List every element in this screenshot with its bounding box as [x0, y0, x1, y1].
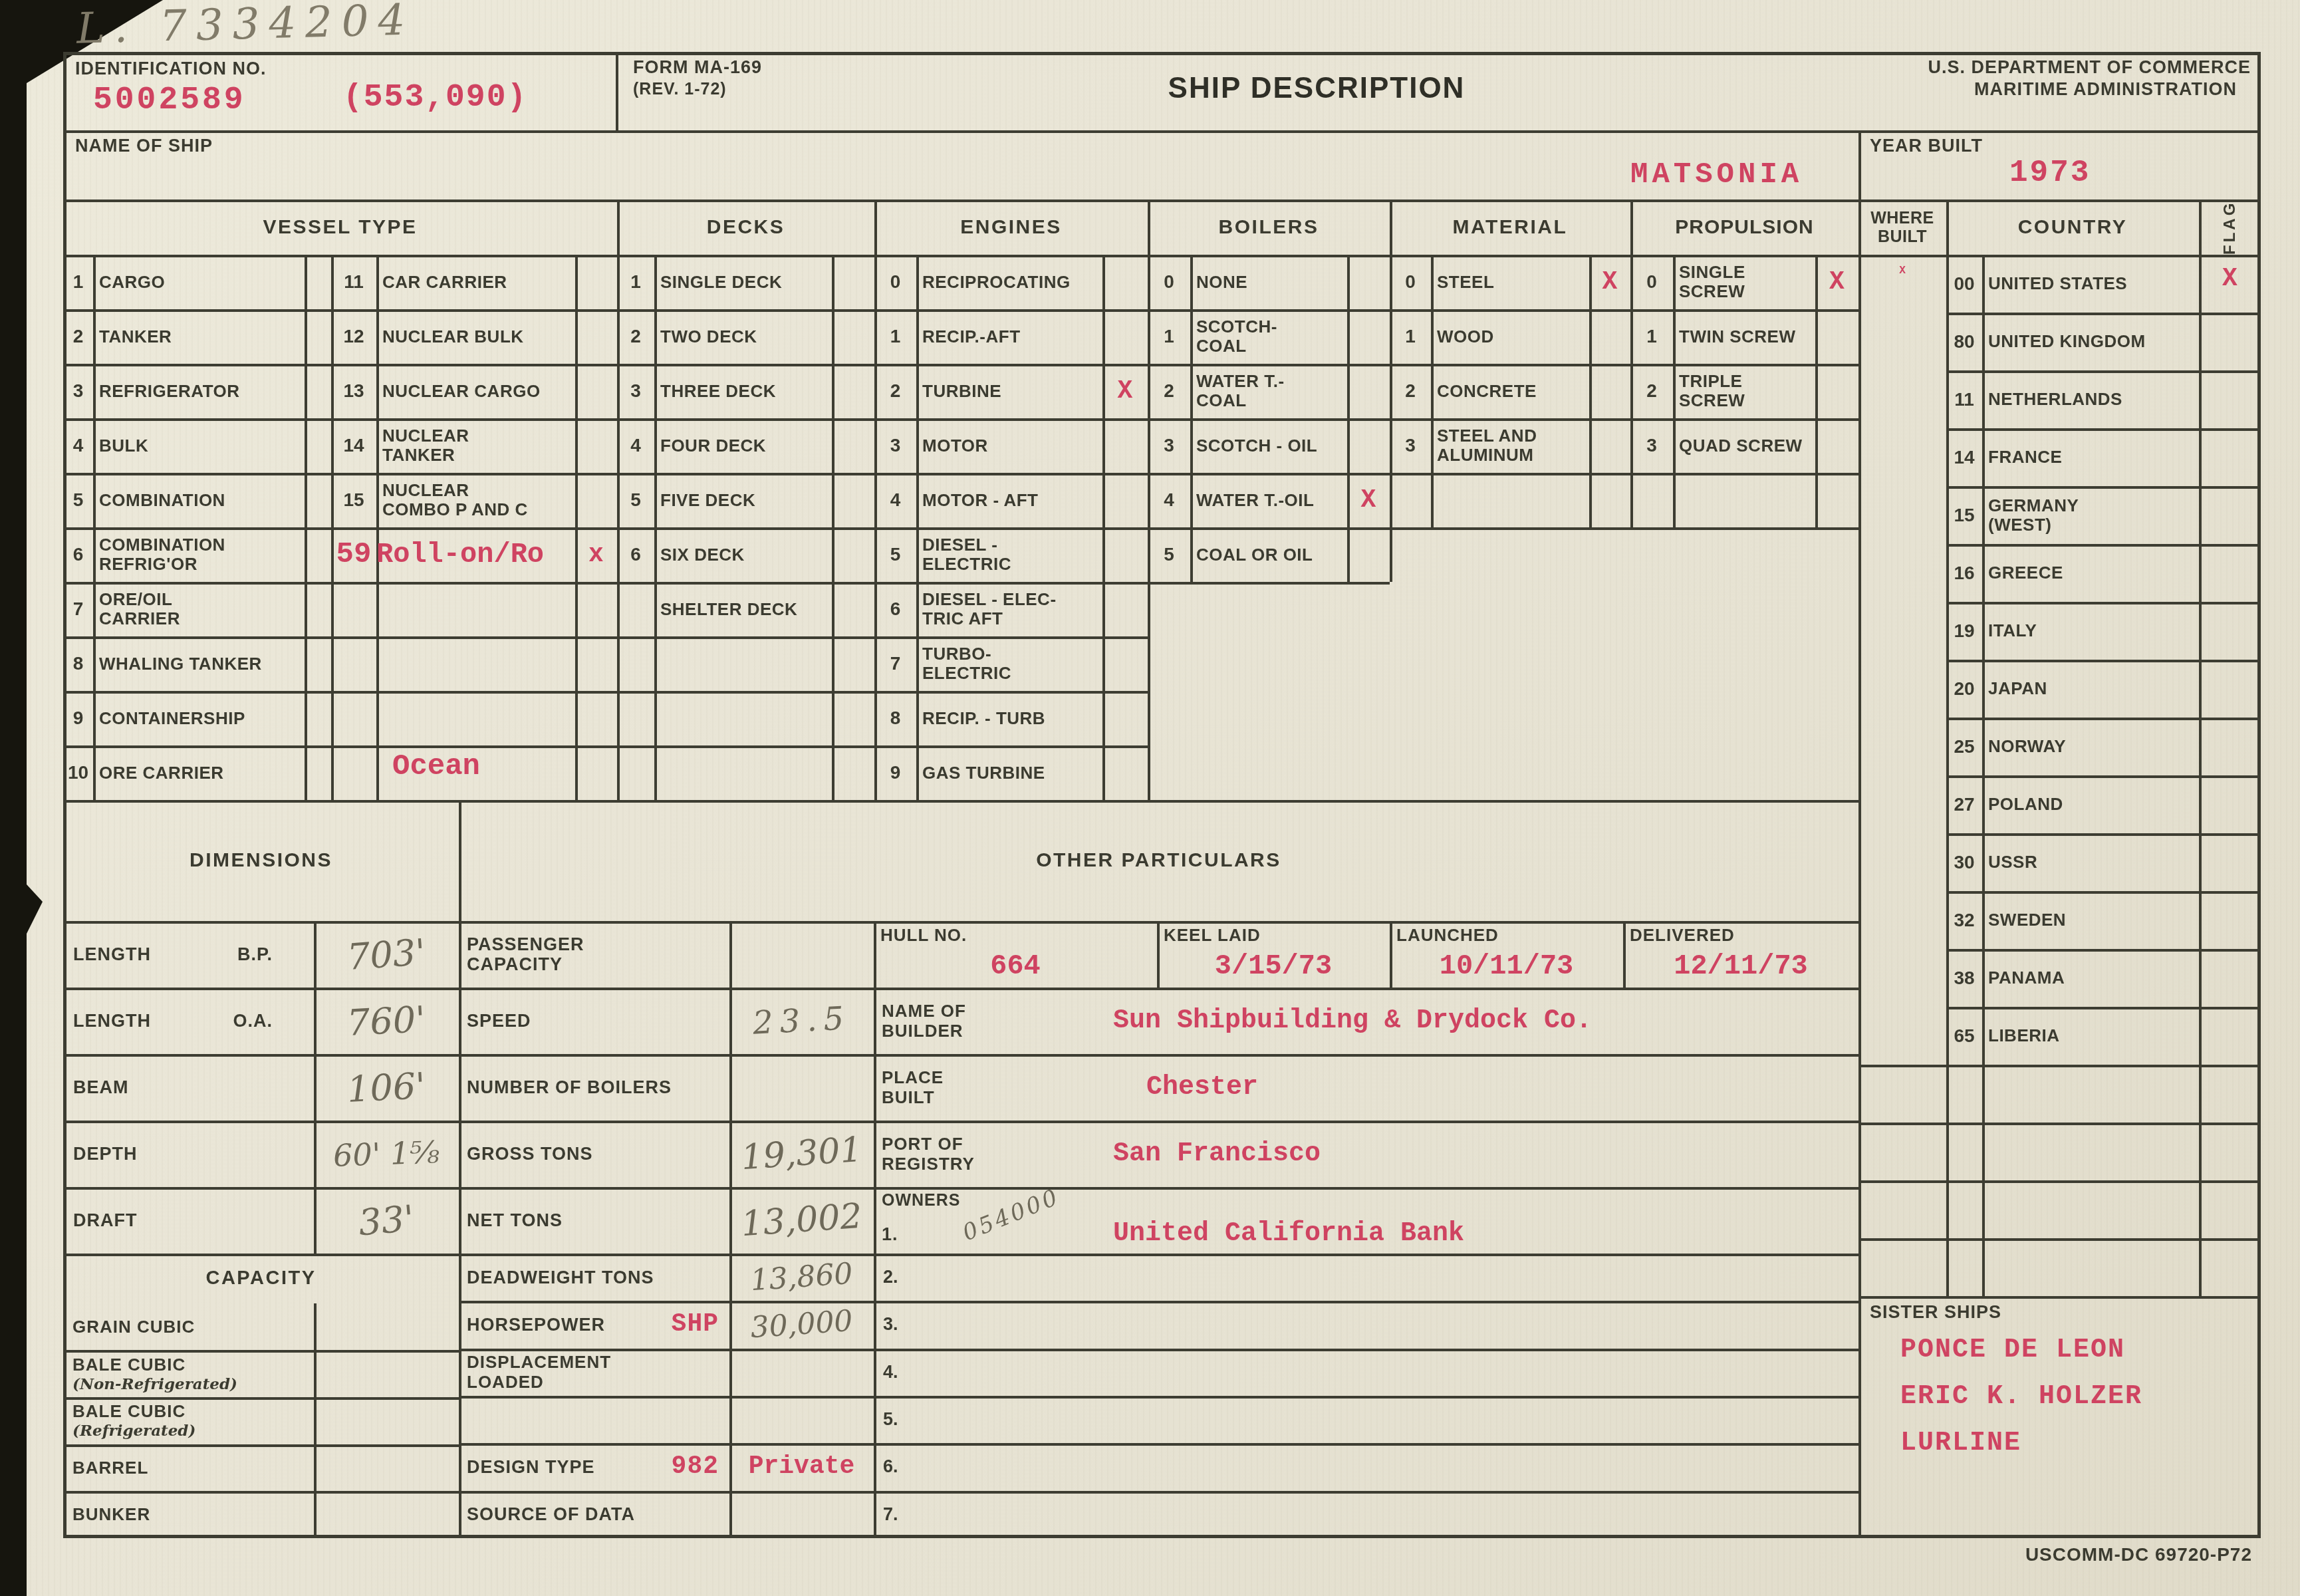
- table-row: 5DIESEL - ELECTRIC: [874, 527, 1148, 582]
- code-cell: 3: [1148, 435, 1190, 456]
- dimension-value: 760': [313, 996, 460, 1045]
- particular-value: Private: [729, 1452, 874, 1481]
- label-cell: TRIPLE SCREW: [1673, 372, 1815, 410]
- table-row: 9GAS TURBINE: [874, 745, 1148, 800]
- label-cell: STEEL AND ALUMINUM: [1431, 426, 1589, 465]
- label-cell: SINGLE SCREW: [1673, 263, 1815, 301]
- decks-header: DECKS: [617, 199, 874, 255]
- selected-mark: X: [1815, 268, 1858, 297]
- table-row: 0STEELX: [1390, 255, 1630, 309]
- table-row: BEAM106': [63, 1054, 459, 1121]
- table-row: 13NUCLEAR CARGO: [331, 364, 617, 418]
- code-cell: 4: [874, 489, 916, 511]
- code-cell: 5: [617, 489, 654, 511]
- label-cell: COMBINATION: [93, 491, 305, 510]
- table-row: SPEED23.5: [459, 988, 874, 1054]
- label-cell: NUCLEAR CARGO: [376, 382, 575, 401]
- label-cell: MOTOR - AFT: [916, 491, 1102, 510]
- label-cell: COAL OR OIL: [1190, 545, 1347, 565]
- label-cell: TWO DECK: [654, 327, 832, 346]
- table-row: 2TWO DECK: [617, 309, 874, 364]
- code-cell: 00: [1946, 273, 1982, 295]
- agency-name-line2: MARITIME ADMINISTRATION: [1974, 79, 2237, 100]
- code-cell: 0: [1390, 271, 1431, 293]
- capacity-label: BUNKER: [63, 1504, 314, 1525]
- propulsion-header: PROPULSION: [1630, 199, 1858, 255]
- label-cell: POLAND: [1982, 795, 2199, 814]
- label-cell: STEEL: [1431, 273, 1589, 292]
- table-row: 15NUCLEAR COMBO P AND C: [331, 473, 617, 527]
- label-cell: USSR: [1982, 853, 2199, 872]
- scan-edge-left: [0, 0, 27, 1596]
- label-cell: WATER T.- COAL: [1190, 372, 1347, 410]
- owner-number: 7.: [874, 1490, 954, 1537]
- vessel-type-col1: 1CARGO 2TANKER 3REFRIGERATOR 4BULK 5COMB…: [63, 255, 331, 800]
- code-cell: 65: [1946, 1025, 1982, 1047]
- identification-no-stamp: 5002589: [93, 82, 246, 118]
- table-row: DESIGN TYPE982Private: [459, 1443, 874, 1490]
- label-cell: MOTOR: [916, 436, 1102, 456]
- owners-pencil-note: 054000: [959, 1184, 1064, 1247]
- code-cell: 3: [1630, 435, 1673, 456]
- code-cell: 15: [331, 489, 376, 511]
- dimensions-rows: LENGTHB.P.703' LENGTHO.A.760' BEAM106' D…: [63, 921, 459, 1254]
- label-cell: DIESEL - ELECTRIC: [916, 535, 1102, 574]
- table-row: 27POLAND: [1946, 775, 2199, 833]
- label-cell: SINGLE DECK: [654, 273, 832, 292]
- code-cell: 8: [63, 653, 93, 674]
- label-cell: CARGO: [93, 273, 305, 292]
- delivered-label: DELIVERED: [1630, 925, 1735, 946]
- table-row: 80UNITED KINGDOM: [1946, 313, 2199, 370]
- code-cell: 11: [1946, 389, 1982, 410]
- particular-name: SOURCE OF DATA: [467, 1504, 635, 1524]
- label-cell: ITALY: [1982, 621, 2199, 640]
- label-cell: ORE CARRIER: [93, 763, 305, 783]
- dimension-label: LENGTHB.P.: [63, 944, 314, 965]
- table-row: 25NORWAY: [1946, 718, 2199, 775]
- table-row: NET TONS13,002: [459, 1187, 874, 1254]
- code-cell: 1: [63, 271, 93, 293]
- table-row: 3QUAD SCREW: [1630, 418, 1858, 473]
- owners-label: OWNERS: [882, 1191, 961, 1210]
- grid-line: [2199, 199, 2202, 1296]
- table-row: 0NONE: [1148, 255, 1390, 309]
- stamp-code: 59: [331, 538, 376, 571]
- table-row: 6SIX DECK: [617, 527, 874, 582]
- table-row: 8WHALING TANKER: [63, 636, 331, 691]
- sister-ship-name: ERIC K. HOLZER: [1900, 1382, 2142, 1412]
- label-cell: TANKER: [93, 327, 305, 346]
- label-cell: NONE: [1190, 273, 1347, 292]
- label-cell: RECIP.-AFT: [916, 327, 1102, 346]
- table-row: 1WOOD: [1390, 309, 1630, 364]
- code-cell: 27: [1946, 794, 1982, 815]
- label-cell: GAS TURBINE: [916, 763, 1102, 783]
- table-row: LENGTHB.P.703': [63, 921, 459, 988]
- code-cell: 11: [331, 271, 376, 293]
- table-row: 6DIESEL - ELEC- TRIC AFT: [874, 582, 1148, 636]
- table-row: 10ORE CARRIER: [63, 745, 331, 800]
- particular-name: HORSEPOWER: [467, 1315, 605, 1335]
- stamp-label: Roll-on/Ro: [376, 539, 575, 571]
- label-cell: SWEDEN: [1982, 910, 2199, 930]
- material-rows: 0STEELX 1WOOD 2CONCRETE 3STEEL AND ALUMI…: [1390, 255, 1630, 527]
- scan-edge-notch: [27, 884, 43, 934]
- particulars-upper-rows: PASSENGER CAPACITY SPEED23.5 NUMBER OF B…: [459, 921, 874, 1254]
- code-cell: 10: [63, 762, 93, 783]
- table-row: 8RECIP. - TURB: [874, 691, 1148, 745]
- table-row: 11CAR CARRIER: [331, 255, 617, 309]
- code-cell: 25: [1946, 736, 1982, 757]
- dimension-name: BEAM: [73, 1077, 129, 1098]
- identification-no-label: IDENTIFICATION NO.: [75, 59, 267, 79]
- port-of-registry-value: San Francisco: [1093, 1139, 1858, 1169]
- capacity-note: (Non-Refrigerated): [72, 1375, 314, 1393]
- dimension-label: BEAM: [63, 1077, 314, 1098]
- table-row: NAME OF BUILDERSun Shipbuilding & Drydoc…: [874, 988, 1858, 1054]
- table-row: 7TURBO- ELECTRIC: [874, 636, 1148, 691]
- table-row: LENGTHO.A.760': [63, 988, 459, 1054]
- code-cell: 38: [1946, 968, 1982, 989]
- code-cell: 5: [874, 544, 916, 565]
- particular-label: PASSENGER CAPACITY: [459, 934, 729, 974]
- label-cell: NUCLEAR COMBO P AND C: [376, 481, 575, 519]
- table-row: 2WATER T.- COAL: [1148, 364, 1390, 418]
- owners-row: OWNERS 1. 054000 United California Bank: [874, 1187, 1858, 1254]
- particular-stamp: 982: [672, 1457, 729, 1477]
- table-row: 14FRANCE: [1946, 428, 2199, 486]
- code-cell: 5: [63, 489, 93, 511]
- dimension-value: 106': [313, 1063, 460, 1112]
- country-rows: 00UNITED STATES 80UNITED KINGDOM 11NETHE…: [1946, 255, 2199, 1065]
- code-cell: 16: [1946, 563, 1982, 584]
- label-cell: REFRIGERATOR: [93, 382, 305, 401]
- place-built-value: Chester: [1093, 1073, 1858, 1103]
- label-cell: ORE/OIL CARRIER: [93, 590, 305, 628]
- launched-label: LAUNCHED: [1396, 925, 1499, 946]
- builder-value: Sun Shipbuilding & Drydock Co.: [1093, 1006, 1858, 1036]
- hull-no-cell: HULL NO.664: [874, 921, 1157, 988]
- table-row: PASSENGER CAPACITY: [459, 921, 874, 988]
- code-cell: 3: [1390, 435, 1431, 456]
- label-cell: FRANCE: [1982, 448, 2199, 467]
- owner-number-rows: 2. 3. 4. 5. 6. 7.: [874, 1254, 954, 1538]
- label-cell: NORWAY: [1982, 737, 2199, 756]
- stamp-mark: x: [575, 541, 617, 569]
- code-cell: 3: [874, 435, 916, 456]
- grid-line: [63, 130, 2261, 133]
- particular-label: NET TONS: [459, 1210, 729, 1230]
- table-row: 2TRIPLE SCREW: [1630, 364, 1858, 418]
- label-cell: WHALING TANKER: [93, 654, 305, 674]
- form-number-label: FORM MA-169: [633, 57, 762, 78]
- identification-no-paren-stamp: (553,090): [343, 80, 527, 116]
- delivered-cell: DELIVERED12/11/73: [1623, 921, 1858, 988]
- label-cell: BULK: [93, 436, 305, 456]
- code-cell: 6: [617, 544, 654, 565]
- label-cell: NUCLEAR TANKER: [376, 426, 575, 465]
- label-cell: TURBINE: [916, 382, 1102, 401]
- other-particulars-header: OTHER PARTICULARS: [459, 800, 1858, 921]
- table-row: 3REFRIGERATOR: [63, 364, 331, 418]
- owner-number: 2.: [874, 1254, 954, 1301]
- code-cell: 2: [874, 380, 916, 402]
- owner-1-value: United California Bank: [1113, 1219, 1464, 1249]
- particular-label: SPEED: [459, 1011, 729, 1031]
- table-row: 1SCOTCH- COAL: [1148, 309, 1390, 364]
- builder-rows: NAME OF BUILDERSun Shipbuilding & Drydoc…: [874, 988, 1858, 1187]
- handwritten-id: L. 7334204: [76, 0, 415, 54]
- table-row: SOURCE OF DATA: [459, 1490, 874, 1537]
- page-title: SHIP DESCRIPTION: [1064, 72, 1569, 105]
- place-built-label: PLACE BUILT: [874, 1067, 1093, 1107]
- dimension-name: DEPTH: [73, 1144, 138, 1164]
- table-row: DISPLACEMENT LOADED: [459, 1349, 874, 1396]
- country-header: COUNTRY: [1946, 199, 2199, 255]
- label-cell: DIESEL - ELEC- TRIC AFT: [916, 590, 1102, 628]
- sister-ships-label: SISTER SHIPS: [1870, 1302, 2001, 1323]
- table-row: 12NUCLEAR BULK: [331, 309, 617, 364]
- table-row: 1SINGLE DECK: [617, 255, 874, 309]
- label-cell: JAPAN: [1982, 679, 2199, 698]
- code-cell: 6: [874, 598, 916, 620]
- table-row: PLACE BUILTChester: [874, 1054, 1858, 1121]
- particular-value: 13,002: [728, 1196, 875, 1246]
- particular-value: 13,860: [728, 1256, 874, 1299]
- table-row: 32SWEDEN: [1946, 891, 2199, 949]
- table-row: 3STEEL AND ALUMINUM: [1390, 418, 1630, 473]
- capacity-name: BALE CUBIC: [72, 1355, 314, 1375]
- vessel-type-header: VESSEL TYPE: [63, 199, 617, 255]
- table-row: BALE CUBIC(Refrigerated): [63, 1397, 459, 1444]
- particular-label: DESIGN TYPE982: [459, 1457, 729, 1477]
- label-cell: LIBERIA: [1982, 1026, 2199, 1045]
- code-cell: 30: [1946, 852, 1982, 873]
- particular-stamp: SHP: [672, 1315, 729, 1335]
- hull-no-label: HULL NO.: [880, 925, 967, 946]
- code-cell: 1: [874, 326, 916, 347]
- dimension-label: DEPTH: [63, 1144, 314, 1164]
- table-row: 16GREECE: [1946, 544, 2199, 602]
- code-cell: 2: [1148, 380, 1190, 402]
- table-row: 1TWIN SCREW: [1630, 309, 1858, 364]
- code-cell: 0: [1148, 271, 1190, 293]
- code-cell: 80: [1946, 331, 1982, 352]
- table-row: DRAFT33': [63, 1187, 459, 1254]
- table-row: GROSS TONS19,301: [459, 1121, 874, 1187]
- table-row: PORT OF REGISTRYSan Francisco: [874, 1121, 1858, 1187]
- delivered-value: 12/11/73: [1623, 950, 1858, 982]
- label-cell: TWIN SCREW: [1673, 327, 1815, 346]
- builder-label: NAME OF BUILDER: [874, 1001, 1093, 1041]
- code-cell: 19: [1946, 620, 1982, 642]
- table-row: 00UNITED STATES: [1946, 255, 2199, 313]
- ocean-stamp: Ocean: [392, 750, 480, 783]
- code-cell: 3: [63, 380, 93, 402]
- form-revision-label: (REV. 1-72): [633, 80, 727, 99]
- code-cell: 8: [874, 708, 916, 729]
- selected-mark: X: [1102, 377, 1148, 406]
- table-row: 11NETHERLANDS: [1946, 370, 2199, 428]
- particular-label: SOURCE OF DATA: [459, 1504, 729, 1524]
- dimension-sub: O.A.: [233, 1011, 273, 1031]
- label-cell: SHELTER DECK: [654, 600, 832, 619]
- code-cell: 0: [874, 271, 916, 293]
- dimension-label: LENGTHO.A.: [63, 1011, 314, 1031]
- table-row: BARREL: [63, 1444, 459, 1492]
- table-row: 3MOTOR: [874, 418, 1148, 473]
- owner-number: 6.: [874, 1443, 954, 1490]
- table-row: 3THREE DECK: [617, 364, 874, 418]
- label-cell: FOUR DECK: [654, 436, 832, 456]
- grid-line: [1858, 1296, 2261, 1299]
- table-row: BUNKER: [63, 1491, 459, 1538]
- code-cell: 4: [617, 435, 654, 456]
- where-built-mark: X: [1858, 265, 1946, 277]
- code-cell: 0: [1630, 271, 1673, 293]
- capacity-header: CAPACITY: [63, 1254, 459, 1303]
- code-cell: 1: [1390, 326, 1431, 347]
- port-of-registry-label: PORT OF REGISTRY: [874, 1134, 1093, 1174]
- capacity-label: BALE CUBIC(Refrigerated): [63, 1401, 314, 1440]
- material-header: MATERIAL: [1390, 199, 1630, 255]
- particular-label: HORSEPOWERSHP: [459, 1315, 729, 1335]
- flag-mark: X: [2199, 265, 2261, 293]
- table-row: 6COMBINATION REFRIG'OR: [63, 527, 331, 582]
- particular-value: 19,301: [728, 1129, 875, 1179]
- capacity-note: (Refrigerated): [72, 1422, 314, 1440]
- label-cell: UNITED KINGDOM: [1982, 332, 2199, 351]
- code-cell: 4: [1148, 489, 1190, 511]
- dimension-name: LENGTH: [73, 944, 151, 965]
- code-cell: 3: [617, 380, 654, 402]
- keel-laid-label: KEEL LAID: [1164, 925, 1261, 946]
- table-row: 3SCOTCH - OIL: [1148, 418, 1390, 473]
- code-cell: 32: [1946, 910, 1982, 931]
- code-cell: 2: [1630, 380, 1673, 402]
- code-cell: 7: [63, 598, 93, 620]
- table-row: BALE CUBIC(Non-Refrigerated): [63, 1351, 459, 1398]
- table-row: 2CONCRETE: [1390, 364, 1630, 418]
- engines-rows: 0RECIPROCATING 1RECIP.-AFT 2TURBINEX 3MO…: [874, 255, 1148, 800]
- table-row: 1CARGO: [63, 255, 331, 309]
- table-row: 19ITALY: [1946, 602, 2199, 660]
- propulsion-rows: 0SINGLE SCREWX 1TWIN SCREW 2TRIPLE SCREW…: [1630, 255, 1858, 527]
- table-row: 0RECIPROCATING: [874, 255, 1148, 309]
- label-cell: NUCLEAR BULK: [376, 327, 575, 346]
- dimension-sub: B.P.: [237, 944, 273, 965]
- particular-name: DISPLACEMENT LOADED: [467, 1352, 611, 1392]
- selected-mark: X: [1589, 268, 1630, 297]
- label-cell: RECIP. - TURB: [916, 709, 1102, 728]
- code-cell: 9: [874, 762, 916, 783]
- launched-value: 10/11/73: [1390, 950, 1623, 982]
- boilers-header: BOILERS: [1148, 199, 1390, 255]
- particular-value: 23.5: [729, 998, 875, 1043]
- particular-name: DEADWEIGHT TONS: [467, 1267, 654, 1287]
- year-built-value: 1973: [2009, 156, 2091, 190]
- agency-name-line1: U.S. DEPARTMENT OF COMMERCE: [1928, 57, 2251, 78]
- dimension-name: LENGTH: [73, 1011, 151, 1031]
- table-row: 65LIBERIA: [1946, 1007, 2199, 1065]
- table-row: NUMBER OF BOILERS: [459, 1054, 874, 1121]
- particular-label: NUMBER OF BOILERS: [459, 1077, 729, 1097]
- particular-label: DISPLACEMENT LOADED: [459, 1352, 729, 1392]
- label-cell: GREECE: [1982, 563, 2199, 583]
- code-cell: 9: [63, 708, 93, 729]
- table-row: 9CONTAINERSHIP: [63, 691, 331, 745]
- code-cell: 5: [1148, 544, 1190, 565]
- code-cell: 2: [1390, 380, 1431, 402]
- table-row: HORSEPOWERSHP30,000: [459, 1301, 874, 1348]
- table-row: 7ORE/OIL CARRIER: [63, 582, 331, 636]
- label-cell: CONTAINERSHIP: [93, 709, 305, 728]
- table-row: SHELTER DECK: [617, 582, 874, 636]
- grid-line: [616, 52, 618, 130]
- flag-header: FLAG: [2199, 196, 2261, 259]
- table-row: 15GERMANY (WEST): [1946, 486, 2199, 544]
- table-row: DEADWEIGHT TONS13,860: [459, 1254, 874, 1301]
- code-cell: 2: [63, 326, 93, 347]
- capacity-name: BUNKER: [72, 1504, 314, 1525]
- label-cell: PANAMA: [1982, 968, 2199, 988]
- label-cell: COMBINATION REFRIG'OR: [93, 535, 305, 574]
- code-cell: 20: [1946, 678, 1982, 700]
- capacity-label: BARREL: [63, 1458, 314, 1478]
- dimension-value: 60' 1⅝: [313, 1133, 459, 1174]
- dimension-value: 703': [313, 928, 460, 980]
- owner-number: 5.: [874, 1396, 954, 1443]
- table-row: [459, 1396, 874, 1443]
- table-row: 14NUCLEAR TANKER: [331, 418, 617, 473]
- code-cell: 7: [874, 653, 916, 674]
- decks-rows: 1SINGLE DECK 2TWO DECK 3THREE DECK 4FOUR…: [617, 255, 874, 800]
- table-row: 5COAL OR OIL: [1148, 527, 1390, 582]
- table-row: 4MOTOR - AFT: [874, 473, 1148, 527]
- code-cell: 15: [1946, 505, 1982, 526]
- owner-number: 3.: [874, 1301, 954, 1348]
- table-row: 38PANAMA: [1946, 949, 2199, 1007]
- dimensions-header: DIMENSIONS: [63, 800, 459, 921]
- form-footer-code: USCOMM-DC 69720-P72: [2025, 1544, 2252, 1565]
- where-built-header: WHERE BUILT: [1858, 199, 1946, 255]
- capacity-name: BALE CUBIC: [72, 1401, 314, 1422]
- label-cell: QUAD SCREW: [1673, 436, 1815, 456]
- particular-value: 30,000: [728, 1303, 874, 1347]
- table-row: 1RECIP.-AFT: [874, 309, 1148, 364]
- table-row: 30USSR: [1946, 833, 2199, 891]
- capacity-label: GRAIN CUBIC: [63, 1317, 314, 1337]
- label-cell: WOOD: [1431, 327, 1589, 346]
- dimension-name: DRAFT: [73, 1210, 137, 1231]
- keel-laid-cell: KEEL LAID3/15/73: [1157, 921, 1390, 988]
- label-cell: RECIPROCATING: [916, 273, 1102, 292]
- dimension-label: DRAFT: [63, 1210, 314, 1231]
- capacity-rows: GRAIN CUBIC BALE CUBIC(Non-Refrigerated)…: [63, 1303, 459, 1538]
- year-built-label: YEAR BUILT: [1870, 136, 1983, 156]
- table-row: 2TANKER: [63, 309, 331, 364]
- code-cell: 6: [63, 544, 93, 565]
- table-row: 4FOUR DECK: [617, 418, 874, 473]
- vessel-type-stamp-row: 59 Roll-on/Ro x: [331, 527, 617, 582]
- table-row: 0SINGLE SCREWX: [1630, 255, 1858, 309]
- label-cell: WATER T.-OIL: [1190, 491, 1347, 510]
- keel-laid-value: 3/15/73: [1157, 950, 1390, 982]
- sister-ship-name: LURLINE: [1900, 1428, 2021, 1458]
- launched-cell: LAUNCHED10/11/73: [1390, 921, 1623, 988]
- table-row: 4WATER T.-OILX: [1148, 473, 1390, 527]
